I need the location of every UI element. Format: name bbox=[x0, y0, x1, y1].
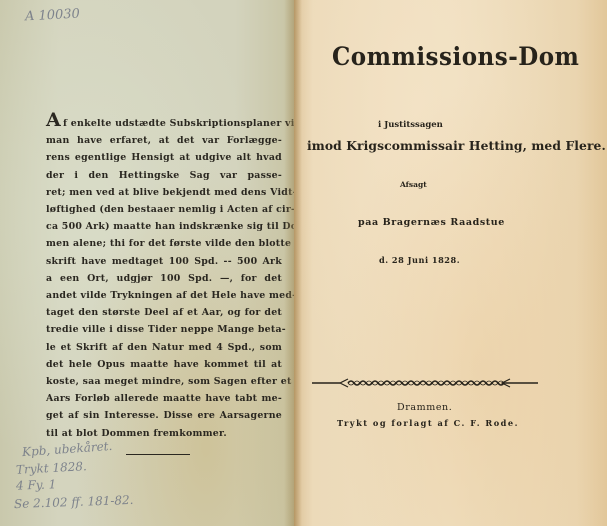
paragraph-line: a een Ort, udgjør 100 Spd. —, for det bbox=[46, 270, 282, 287]
left-page: A 10030 Af enkelte udstædte Subskription… bbox=[0, 0, 294, 526]
paragraph-line: ret; men ved at blive bekjendt med dens … bbox=[46, 184, 282, 201]
paragraph-line: tredie ville i disse Tider neppe Mange b… bbox=[46, 321, 282, 338]
paragraph-line: skrift have medtaget 100 Spd. -- 500 Ark bbox=[46, 253, 282, 270]
shelfmark-annotation: A 10030 bbox=[25, 7, 81, 25]
book-spread: A 10030 Af enkelte udstædte Subskription… bbox=[0, 0, 607, 526]
handwritten-note: 4 Fy. 1 bbox=[16, 477, 57, 492]
paragraph-line: rens egentlige Hensigt at udgive alt hva… bbox=[46, 149, 282, 166]
handwritten-note: Se 2.102 ff. 181-82. bbox=[14, 493, 134, 511]
paragraph-line: det hele Opus maatte have kommet til at bbox=[46, 356, 282, 373]
paragraph-line: koste, saa meget mindre, som Sagen efter… bbox=[46, 373, 282, 390]
imprint-printer: Trykt og forlagt af C. F. Rode. bbox=[337, 418, 519, 428]
drop-cap: A bbox=[46, 109, 61, 131]
paragraph-line: til at blot Dommen fremkommer. bbox=[46, 425, 282, 442]
handwritten-note: Kpb, ubekåret. bbox=[22, 439, 113, 459]
book-title: Commissions-Dom bbox=[332, 42, 579, 72]
subtitle-prefix: i Justitssagen bbox=[378, 120, 443, 130]
title-page: Commissions-Dom i Justitssagen imod Krig… bbox=[294, 0, 607, 526]
paragraph-line: Aars Forløb allerede maatte have tabt me… bbox=[46, 390, 282, 407]
end-rule-divider bbox=[126, 454, 190, 455]
paragraph-line: man have erfaret, at det var Forlægge- bbox=[46, 132, 282, 149]
paragraph-line: ca 500 Ark) maatte han indskrænke sig ti… bbox=[46, 218, 282, 235]
date-line: d. 28 Juni 1828. bbox=[379, 255, 460, 265]
paragraph-line: der i den Hettingske Sag var passe- bbox=[46, 167, 282, 184]
subtitle: imod Krigscommissair Hetting, med Flere. bbox=[307, 138, 606, 153]
paragraph-line: get af sin Interesse. Disse ere Aarsager… bbox=[46, 407, 282, 424]
publisher-note-paragraph: Af enkelte udstædte Subskriptionsplaner … bbox=[46, 113, 282, 442]
paragraph-line: løftighed (den bestaaer nemlig i Acten a… bbox=[46, 201, 282, 218]
afsagt-label: Afsagt bbox=[400, 180, 427, 189]
paragraph-line: le et Skrift af den Natur med 4 Spd., so… bbox=[46, 339, 282, 356]
ornamental-rule-icon bbox=[312, 377, 538, 389]
venue-line: paa Bragernæs Raadstue bbox=[358, 217, 505, 228]
handwritten-note: Trykt 1828. bbox=[16, 459, 87, 477]
imprint-city: Drammen. bbox=[397, 402, 452, 413]
paragraph-line: Af enkelte udstædte Subskriptionsplaner … bbox=[46, 113, 282, 132]
paragraph-line: men alene; thi for det første vilde den … bbox=[46, 235, 282, 252]
right-page: Commissions-Dom i Justitssagen imod Krig… bbox=[294, 0, 607, 526]
paragraph-line: andet vilde Trykningen af det Hele have … bbox=[46, 287, 282, 304]
paragraph-line: taget den største Deel af et Aar, og for… bbox=[46, 304, 282, 321]
